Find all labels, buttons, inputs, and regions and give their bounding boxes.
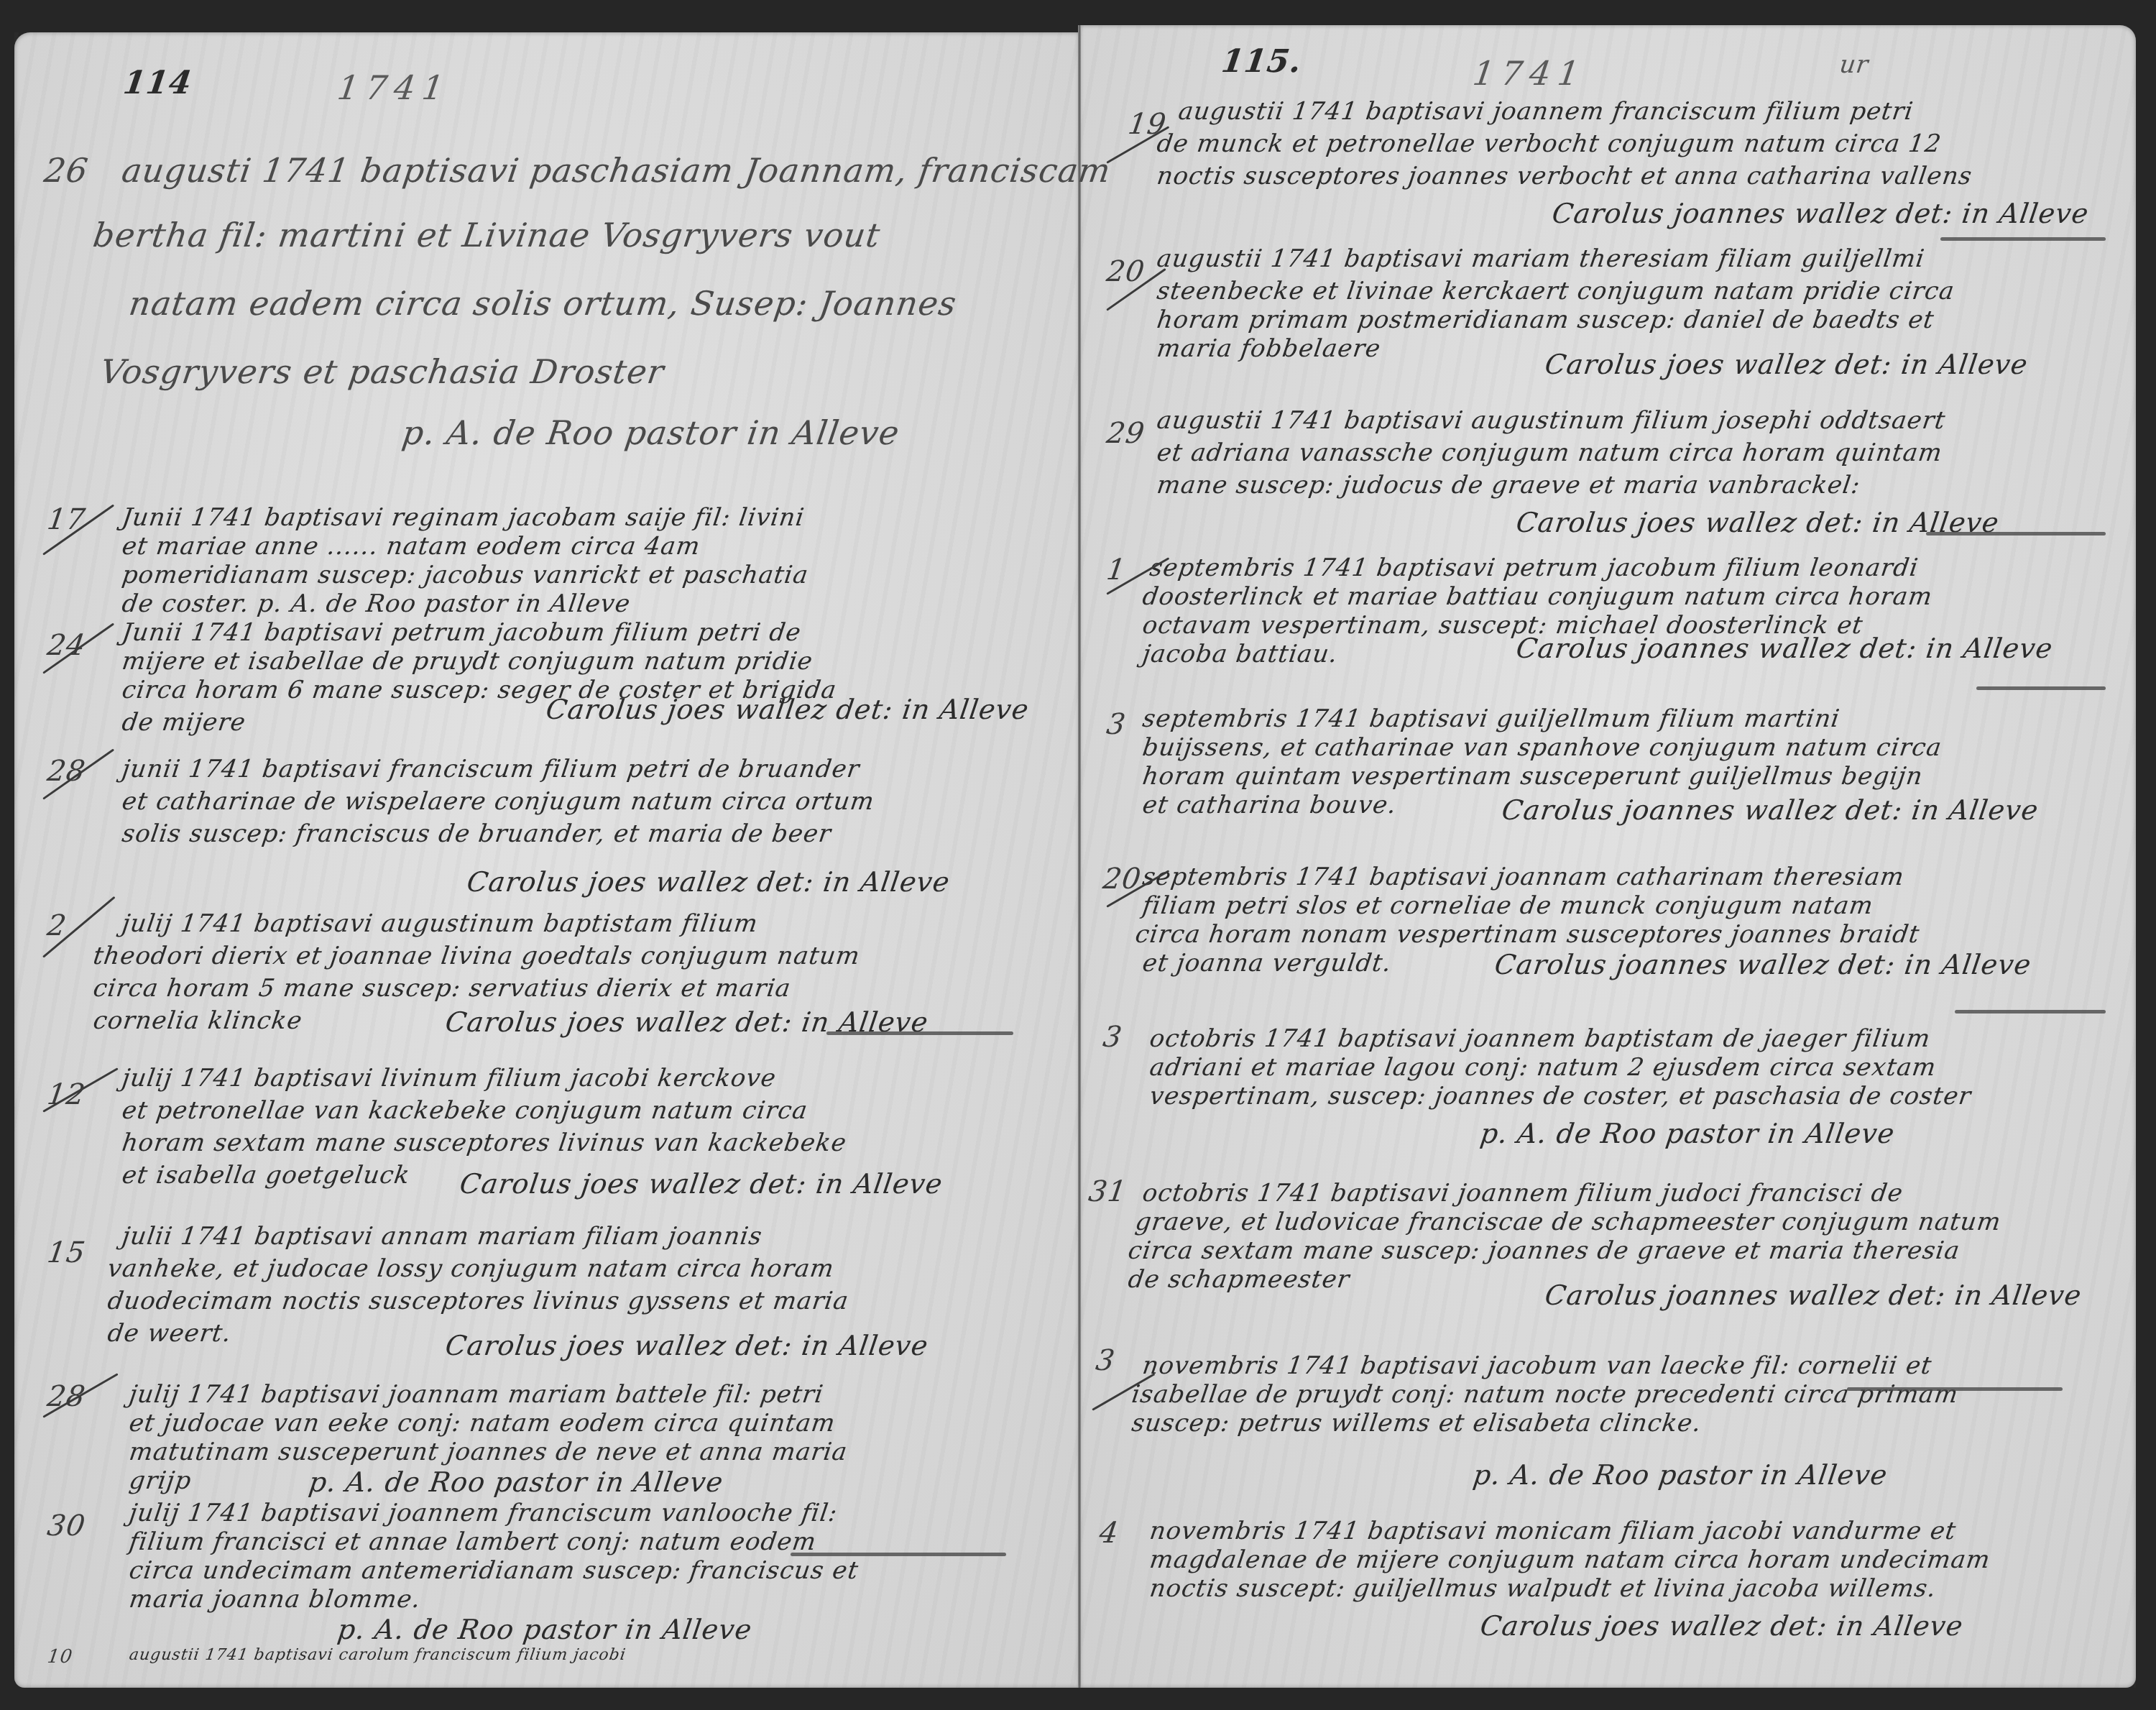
entry-line: horam primam postmeridianam suscep: dani… <box>1155 305 1936 334</box>
entry-line: et joanna verguldt. <box>1141 949 1393 978</box>
entry-line: circa horam nonam vespertinam susceptore… <box>1133 920 1922 949</box>
entry-line: buijssens, et catharinae van spanhove co… <box>1141 733 1944 762</box>
entry-line: julij 1741 baptisavi joannem franciscum … <box>127 1499 839 1527</box>
entry-signature: p. A. de Roo pastor in Alleve <box>336 1614 754 1645</box>
entry-line: et catharina bouve. <box>1141 791 1399 819</box>
entry-signature: Carolus joes wallez det: in Alleve <box>458 1168 945 1200</box>
entry-line: graeve, et ludovicae franciscae de schap… <box>1133 1208 2003 1236</box>
entry-line: steenbecke et livinae kerckaert conjugum… <box>1155 277 1956 305</box>
entry-line: magdalenae de mijere conjugum natam circ… <box>1148 1545 1992 1574</box>
entry-line: circa sextam mane suscep: joannes de gra… <box>1126 1236 1962 1265</box>
entry-signature: Carolus joannes wallez det: in Alleve <box>1493 949 2033 980</box>
entry-line: augustii 1741 baptisavi carolum francisc… <box>128 1646 627 1664</box>
entry-line: et isabella goetgeluck <box>120 1161 412 1190</box>
separator-rule <box>1940 237 2106 241</box>
book-gutter <box>1078 25 1081 1688</box>
entry-line: horam sextam mane susceptores livinus va… <box>120 1128 848 1157</box>
entry-line: de mijere <box>120 708 247 737</box>
entry-line: mijere et isabellae de pruydt conjugum n… <box>120 647 815 676</box>
entry-day: 31 <box>1087 1175 1129 1208</box>
entry-line: et catharinae de wispelaere conjugum nat… <box>120 787 876 816</box>
page-number-right: 115. <box>1219 43 1304 80</box>
separator-rule <box>1926 532 2106 535</box>
entry-line: grijp <box>127 1466 193 1495</box>
entry-line: mane suscep: judocus de graeve et maria … <box>1155 471 1862 500</box>
entry-line: octobris 1741 baptisavi joannem filium j… <box>1141 1179 1904 1208</box>
entry-line: doosterlinck et mariae battiau conjugum … <box>1141 582 1934 611</box>
corner-mark: ur <box>1838 50 1871 79</box>
entry-day: 30 <box>45 1509 88 1543</box>
right-page <box>1079 25 2136 1688</box>
entry-line: filiam petri slos et corneliae de munck … <box>1141 891 1875 920</box>
entry-signature: Carolus joes wallez det: in Alleve <box>465 866 952 898</box>
page-number-left: 114 <box>121 65 194 101</box>
entry-line: et adriana vanassche conjugum natum circ… <box>1155 438 1944 467</box>
entry-signature: Carolus joannes wallez det: in Alleve <box>1550 198 2091 229</box>
entry-line: maria joanna blomme. <box>127 1585 423 1614</box>
separator-rule <box>1847 1387 2063 1391</box>
entry-line: de coster. p. A. de Roo pastor in Alleve <box>120 589 632 618</box>
entry-line: duodecimam noctis susceptores livinus gy… <box>106 1287 850 1315</box>
year-heading-left: 1741 <box>335 68 453 107</box>
entry-line: noctis susceptores joannes verbocht et a… <box>1155 162 1974 190</box>
entry-line: novembris 1741 baptisavi monicam filiam … <box>1148 1517 1958 1545</box>
entry-signature: Carolus joannes wallez det: in Alleve <box>1500 794 2040 826</box>
entry-line: theodori dierix et joannae livina goedta… <box>91 942 862 970</box>
entry-line: cornelia klincke <box>91 1006 304 1035</box>
separator-rule <box>791 1553 1006 1556</box>
separator-rule <box>826 1031 1013 1035</box>
entry-signature: Carolus joes wallez det: in Alleve <box>1478 1610 1966 1642</box>
entry-signature: p. A. de Roo pastor in Alleve <box>1478 1118 1897 1149</box>
entry-line: et mariae anne ...... natam eodem circa … <box>120 532 702 561</box>
entry-line: julij 1741 baptisavi joannam mariam batt… <box>127 1380 825 1409</box>
entry-line: et petronellae van kackebeke conjugum na… <box>120 1096 810 1125</box>
entry-line: suscep: petrus willems et elisabeta clin… <box>1130 1409 1703 1438</box>
entry-line: augustii 1741 baptisavi augustinum filiu… <box>1155 406 1948 435</box>
entry-line: filium francisci et annae lambert conj: … <box>127 1527 818 1556</box>
entry-line: noctis suscept: guiljellmus walpudt et l… <box>1148 1574 1938 1603</box>
entry-day: 15 <box>45 1236 88 1269</box>
entry-line: horam quintam vespertinam susceperunt gu… <box>1141 762 1925 791</box>
entry-line: septembris 1741 baptisavi joannam cathar… <box>1141 863 1906 891</box>
entry-day: 10 <box>46 1646 74 1668</box>
entry-signature: p. A. de Roo pastor in Alleve <box>307 1466 725 1498</box>
entry-line: septembris 1741 baptisavi petrum jacobum… <box>1148 553 1920 582</box>
entry-line: Junii 1741 baptisavi reginam jacobam sai… <box>120 503 806 532</box>
entry-line: jacoba battiau. <box>1141 640 1340 668</box>
entry-line: maria fobbelaere <box>1155 334 1383 363</box>
entry-signature: p. A. de Roo pastor in Alleve <box>400 413 902 452</box>
entry-line: vanheke, et judocae lossy conjugum natam… <box>106 1254 836 1283</box>
entry-line: julij 1741 baptisavi livinum filium jaco… <box>120 1064 778 1093</box>
entry-line: bertha fil: martini et Livinae Vosgryver… <box>91 216 883 254</box>
entry-line: de schapmeester <box>1126 1265 1352 1294</box>
entry-line: julii 1741 baptisavi annam mariam filiam… <box>120 1222 764 1251</box>
entry-line: augustii 1741 baptisavi joannem francisc… <box>1176 97 1915 126</box>
entry-line: pomeridianam suscep: jacobus vanrickt et… <box>120 561 810 589</box>
entry-signature: Carolus joes wallez det: in Alleve <box>544 694 1031 725</box>
entry-day: 20 <box>1105 255 1147 288</box>
entry-line: augustii 1741 baptisavi mariam theresiam… <box>1155 244 1927 273</box>
entry-signature: p. A. de Roo pastor in Alleve <box>1471 1459 1889 1491</box>
entry-line: julij 1741 baptisavi augustinum baptista… <box>120 909 760 938</box>
entry-signature: Carolus joannes wallez det: in Alleve <box>1543 1279 2083 1311</box>
ink-bleed-texture <box>1079 25 2136 1688</box>
separator-rule <box>1955 1010 2106 1013</box>
entry-line: matutinam susceperunt joannes de neve et… <box>127 1438 849 1466</box>
entry-line: isabellae de pruydt conj: natum nocte pr… <box>1130 1380 1960 1409</box>
entry-line: Vosgryvers et paschasia Droster <box>98 352 667 391</box>
separator-rule <box>1976 686 2106 690</box>
entry-line: Junii 1741 baptisavi petrum jacobum fili… <box>120 618 803 647</box>
entry-day: 20 <box>1101 863 1143 896</box>
entry-line: natam eadem circa solis ortum, Susep: Jo… <box>126 284 959 323</box>
entry-day: 17 <box>45 503 88 536</box>
entry-day: 28 <box>45 1380 88 1413</box>
entry-line: octobris 1741 baptisavi joannem baptista… <box>1148 1024 1932 1053</box>
entry-line: novembris 1741 baptisavi jacobum van lae… <box>1141 1351 1934 1380</box>
entry-line: junii 1741 baptisavi franciscum filium p… <box>120 755 862 783</box>
entry-line: circa undecimam antemeridianam suscep: f… <box>127 1556 860 1585</box>
entry-day: 26 <box>42 151 91 190</box>
entry-day: 29 <box>1105 417 1147 450</box>
entry-line: augusti 1741 baptisavi paschasiam Joanna… <box>119 151 1113 190</box>
entry-signature: Carolus joannes wallez det: in Alleve <box>1514 633 2055 664</box>
entry-line: vespertinam, suscep: joannes de coster, … <box>1148 1082 1973 1111</box>
entry-signature: Carolus joes wallez det: in Alleve <box>443 1330 931 1361</box>
entry-line: adriani et mariae lagou conj: natum 2 ej… <box>1148 1053 1938 1082</box>
entry-line: de weert. <box>106 1319 233 1348</box>
entry-line: solis suscep: franciscus de bruander, et… <box>120 819 833 848</box>
entry-line: de munck et petronellae verbocht conjugu… <box>1155 129 1943 158</box>
year-heading-right: 1741 <box>1470 54 1589 93</box>
entry-signature: Carolus joes wallez det: in Alleve <box>1543 349 2030 380</box>
entry-line: circa horam 5 mane suscep: servatius die… <box>91 974 793 1003</box>
entry-line: et judocae van eeke conj: natam eodem ci… <box>127 1409 837 1438</box>
entry-line: septembris 1741 baptisavi guiljellmum fi… <box>1141 704 1842 733</box>
